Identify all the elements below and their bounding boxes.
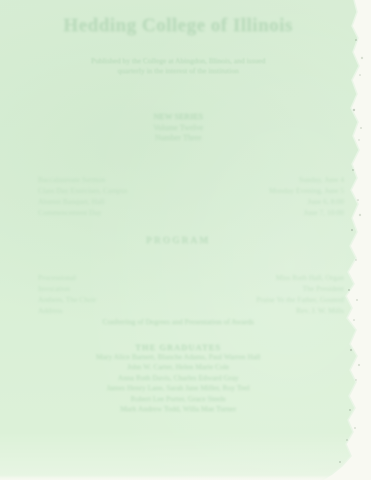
graduates-line: Mary Alice Barnett, Blanche Adams, Paul … xyxy=(0,352,356,361)
program-row: Anthem, The Choir Praise Ye the Father, … xyxy=(38,295,344,304)
program-performer: Rev. J. W. Mills xyxy=(296,306,344,315)
imprint-line-2: quarterly in the interest of the institu… xyxy=(0,66,356,75)
number-line: Number Three xyxy=(0,133,356,142)
program-row: Invocation The President xyxy=(38,284,344,293)
graduates-line: James Henry Lane, Sarah Jane Miller, Roy… xyxy=(0,383,356,392)
torn-edge-speckles xyxy=(339,39,361,463)
schedule-item: Baccalaureate Sermon xyxy=(38,175,105,184)
torn-edge-fibers xyxy=(354,57,363,429)
schedule-item: Alumni Banquet, Hall xyxy=(38,197,104,206)
program-item: Processional xyxy=(38,273,76,282)
graduates-heading: THE GRADUATES xyxy=(0,342,356,352)
program-footer: Conferring of Degrees and Presentation o… xyxy=(0,317,356,326)
graduates-line: Robert Lee Porter, Grace Steele xyxy=(0,394,356,403)
schedule-date: June 6, 8:00 xyxy=(308,197,344,206)
schedule-item: Class Day Exercises, Campus xyxy=(38,186,128,195)
program-performer: Miss Ruth Hall, Organ xyxy=(276,273,344,282)
program-item: Invocation xyxy=(38,284,70,293)
scanned-page: Hedding College of Illinois Published by… xyxy=(0,0,371,480)
schedule-item: Commencement Day xyxy=(38,208,102,217)
schedule-row: Commencement Day June 7, 10:00 xyxy=(38,208,344,217)
program-item: Anthem, The Choir xyxy=(38,295,96,304)
program-row: Processional Miss Ruth Hall, Organ xyxy=(38,273,344,282)
program-performer: Praise Ye the Father, Gounod xyxy=(256,295,344,304)
torn-edge-shape xyxy=(322,0,371,480)
schedule-row: Baccalaureate Sermon Sunday, June 4 xyxy=(38,175,344,184)
graduates-line: Anna Ruth Davis, Charles Edward Gray xyxy=(0,373,356,382)
schedule-row: Alumni Banquet, Hall June 6, 8:00 xyxy=(38,197,344,206)
program-heading: PROGRAM xyxy=(0,236,356,246)
graduates-line: John W. Carter, Helen Marie Cole xyxy=(0,362,356,371)
schedule-date: Monday Evening, June 5 xyxy=(269,186,344,195)
torn-paper-edge xyxy=(0,0,371,480)
series-line: NEW SERIES xyxy=(0,112,356,121)
schedule-date: June 7, 10:00 xyxy=(304,208,344,217)
volume-line: Volume Twelve xyxy=(0,123,356,132)
bottom-page-edge xyxy=(0,475,371,480)
program-performer: The President xyxy=(303,284,344,293)
torn-edge-highlight xyxy=(322,0,359,480)
page-title: Hedding College of Illinois xyxy=(0,15,356,37)
imprint-line-1: Published by the College at Abingdon, Il… xyxy=(0,56,356,65)
program-item: Address xyxy=(38,306,63,315)
program-row: Address Rev. J. W. Mills xyxy=(38,306,344,315)
graduates-line: Mark Andrew Todd, Willa Mae Turner xyxy=(0,404,356,413)
schedule-date: Sunday, June 4 xyxy=(299,175,344,184)
schedule-row: Class Day Exercises, Campus Monday Eveni… xyxy=(38,186,344,195)
